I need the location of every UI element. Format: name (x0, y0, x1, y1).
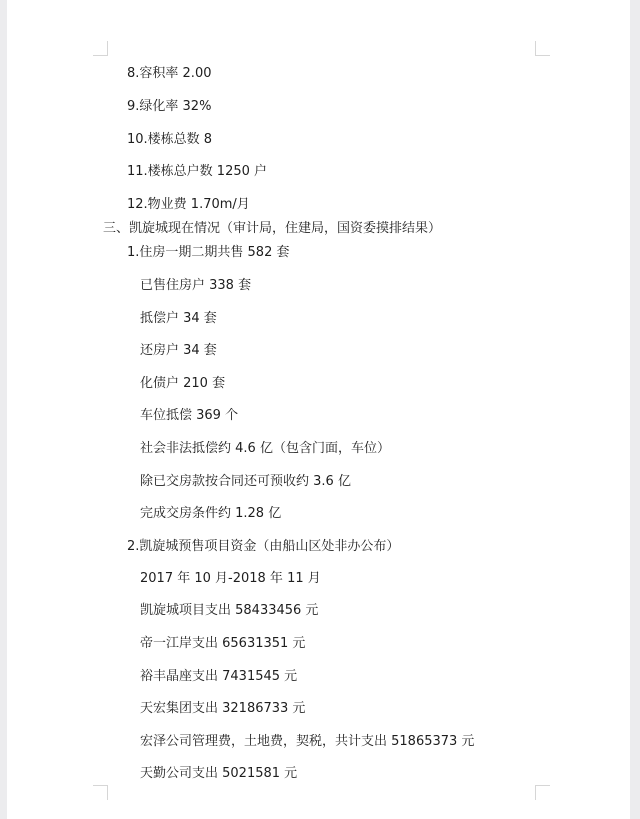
list-item: 除已交房款按合同还可预收约 3.6 亿 (140, 474, 351, 490)
margin-corner-mark-bottom-right (535, 785, 550, 800)
list-item: 帝一江岸支出 65631351 元 (140, 636, 305, 652)
list-item-household-count: 11.楼栋总户数 1250 户 (127, 164, 267, 180)
list-item: 车位抵偿 369 个 (140, 408, 238, 424)
list-item: 完成交房条件约 1.28 亿 (140, 506, 281, 522)
list-item: 社会非法抵偿约 4.6 亿（包含门面，车位） (140, 441, 390, 457)
list-item: 已售住房户 338 套 (140, 278, 251, 294)
list-item: 凯旋城项目支出 58433456 元 (140, 603, 318, 619)
list-item: 化债户 210 套 (140, 376, 225, 392)
list-item: 还房户 34 套 (140, 343, 217, 359)
section-heading: 三、凯旋城现在情况（审计局，住建局，国资委摸排结果） (103, 221, 441, 237)
margin-corner-mark-bottom-left (93, 785, 108, 800)
list-item: 抵偿户 34 套 (140, 311, 217, 327)
list-item: 宏泽公司管理费，土地费，契税，共计支出 51865373 元 (140, 734, 474, 750)
list-item-property-fee: 12.物业费 1.70m/月 (127, 197, 250, 213)
margin-corner-mark-top-right (535, 41, 550, 56)
list-item: 天宏集团支出 32186733 元 (140, 701, 305, 717)
document-page: 8.容积率 2.00 9.绿化率 32% 10.楼栋总数 8 11.楼栋总户数 … (7, 0, 630, 819)
subsection-title-housing-sales: 1.住房一期二期共售 582 套 (127, 245, 289, 261)
margin-corner-mark-top-left (93, 41, 108, 56)
list-item: 天勤公司支出 5021581 元 (140, 766, 297, 782)
list-item: 裕丰晶座支出 7431545 元 (140, 669, 297, 685)
list-item-building-count: 10.楼栋总数 8 (127, 132, 212, 148)
list-item-greening-rate: 9.绿化率 32% (127, 99, 211, 115)
list-item-date-range: 2017 年 10 月-2018 年 11 月 (140, 571, 321, 587)
subsection-title-presale-funds: 2.凯旋城预售项目资金（由船山区处非办公布） (127, 539, 399, 555)
list-item-floor-area-ratio: 8.容积率 2.00 (127, 66, 211, 82)
